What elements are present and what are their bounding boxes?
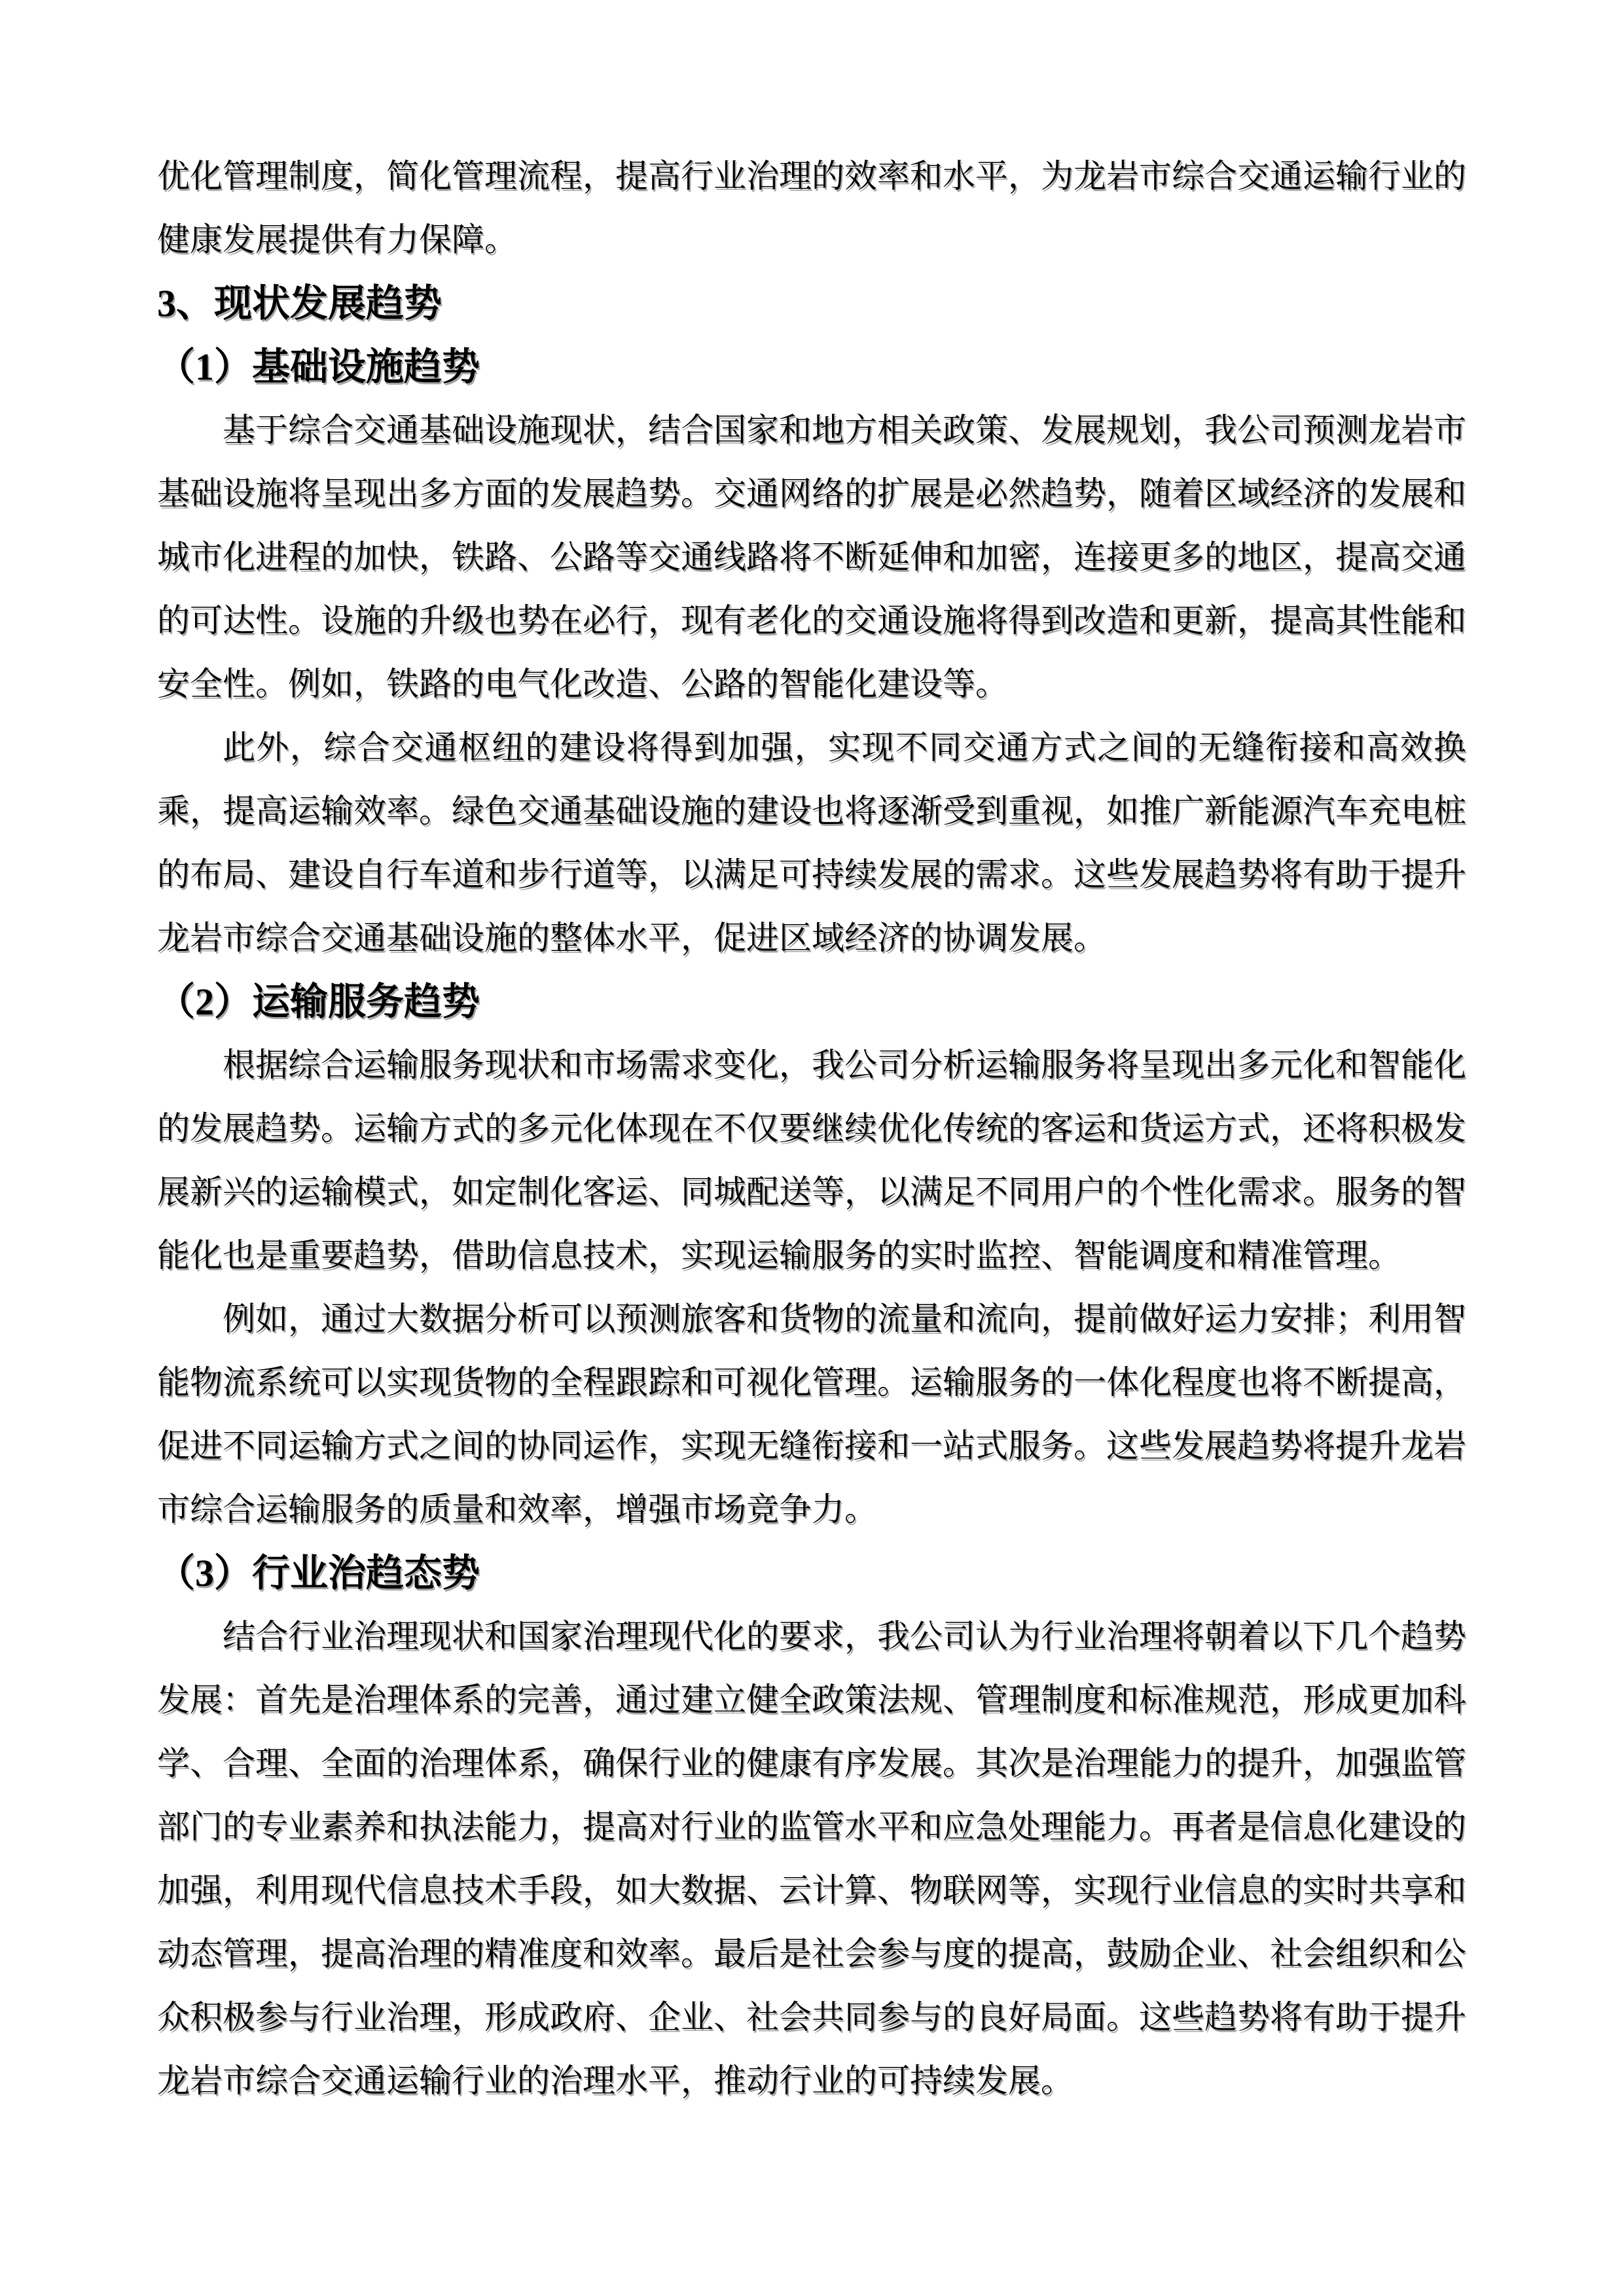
- paragraph: 优化管理制度，简化管理流程，提高行业治理的效率和水平，为龙岩市综合交通运输行业的…: [157, 145, 1466, 272]
- body-text-line: 龙岩市综合交通运输行业的治理水平，推动行业的可持续发展。: [157, 2049, 1466, 2113]
- body-text-line: 结合行业治理现状和国家治理现代化的要求，我公司认为行业治理将朝着以下几个趋势: [157, 1605, 1466, 1668]
- document-body: 优化管理制度，简化管理流程，提高行业治理的效率和水平，为龙岩市综合交通运输行业的…: [157, 145, 1466, 2113]
- body-text-line: 的可达性。设施的升级也势在必行，现有老化的交通设施将得到改造和更新，提高其性能和: [157, 589, 1466, 653]
- paragraph: 结合行业治理现状和国家治理现代化的要求，我公司认为行业治理将朝着以下几个趋势发展…: [157, 1605, 1466, 2113]
- body-text-line: 基础设施将呈现出多方面的发展趋势。交通网络的扩展是必然趋势，随着区域经济的发展和: [157, 462, 1466, 526]
- paragraph: 基于综合交通基础设施现状，结合国家和地方相关政策、发展规划，我公司预测龙岩市基础…: [157, 399, 1466, 716]
- document-page: 优化管理制度，简化管理流程，提高行业治理的效率和水平，为龙岩市综合交通运输行业的…: [0, 0, 1624, 2296]
- heading-text-line: 3、现状发展趋势: [157, 272, 1466, 335]
- body-text-line: 根据综合运输服务现状和市场需求变化，我公司分析运输服务将呈现出多元化和智能化: [157, 1033, 1466, 1097]
- body-text-line: 的发展趋势。运输方式的多元化体现在不仅要继续优化传统的客运和货运方式，还将积极发: [157, 1097, 1466, 1160]
- subheading: （3）行业治趋态势: [157, 1541, 1466, 1605]
- body-text-line: 能化也是重要趋势，借助信息技术，实现运输服务的实时监控、智能调度和精准管理。: [157, 1224, 1466, 1287]
- heading-text-line: （3）行业治趋态势: [157, 1541, 1466, 1605]
- paragraph: 例如，通过大数据分析可以预测旅客和货物的流量和流向，提前做好运力安排；利用智能物…: [157, 1287, 1466, 1541]
- body-text-line: 市综合运输服务的质量和效率，增强市场竞争力。: [157, 1478, 1466, 1541]
- body-text-line: 优化管理制度，简化管理流程，提高行业治理的效率和水平，为龙岩市综合交通运输行业的: [157, 145, 1466, 208]
- body-text-line: 安全性。例如，铁路的电气化改造、公路的智能化建设等。: [157, 653, 1466, 716]
- heading: 3、现状发展趋势: [157, 272, 1466, 335]
- paragraph: 根据综合运输服务现状和市场需求变化，我公司分析运输服务将呈现出多元化和智能化的发…: [157, 1033, 1466, 1287]
- body-text-line: 众积极参与行业治理，形成政府、企业、社会共同参与的良好局面。这些趋势将有助于提升: [157, 1986, 1466, 2049]
- body-text-line: 城市化进程的加快，铁路、公路等交通线路将不断延伸和加密，连接更多的地区，提高交通: [157, 526, 1466, 589]
- body-text-line: 加强，利用现代信息技术手段，如大数据、云计算、物联网等，实现行业信息的实时共享和: [157, 1859, 1466, 1922]
- body-text-line: 基于综合交通基础设施现状，结合国家和地方相关政策、发展规划，我公司预测龙岩市: [157, 399, 1466, 462]
- body-text-line: 学、合理、全面的治理体系，确保行业的健康有序发展。其次是治理能力的提升，加强监管: [157, 1732, 1466, 1795]
- body-text-line: 此外，综合交通枢纽的建设将得到加强，实现不同交通方式之间的无缝衔接和高效换: [157, 716, 1466, 780]
- body-text-line: 能物流系统可以实现货物的全程跟踪和可视化管理。运输服务的一体化程度也将不断提高，: [157, 1351, 1466, 1414]
- body-text-line: 龙岩市综合交通基础设施的整体水平，促进区域经济的协调发展。: [157, 906, 1466, 970]
- body-text-line: 例如，通过大数据分析可以预测旅客和货物的流量和流向，提前做好运力安排；利用智: [157, 1287, 1466, 1351]
- heading-text-line: （1）基础设施趋势: [157, 335, 1466, 399]
- subheading: （2）运输服务趋势: [157, 970, 1466, 1033]
- body-text-line: 促进不同运输方式之间的协同运作，实现无缝衔接和一站式服务。这些发展趋势将提升龙岩: [157, 1414, 1466, 1478]
- subheading: （1）基础设施趋势: [157, 335, 1466, 399]
- body-text-line: 乘，提高运输效率。绿色交通基础设施的建设也将逐渐受到重视，如推广新能源汽车充电桩: [157, 780, 1466, 843]
- body-text-line: 的布局、建设自行车道和步行道等，以满足可持续发展的需求。这些发展趋势将有助于提升: [157, 843, 1466, 906]
- body-text-line: 健康发展提供有力保障。: [157, 208, 1466, 272]
- body-text-line: 动态管理，提高治理的精准度和效率。最后是社会参与度的提高，鼓励企业、社会组织和公: [157, 1922, 1466, 1986]
- body-text-line: 部门的专业素养和执法能力，提高对行业的监管水平和应急处理能力。再者是信息化建设的: [157, 1795, 1466, 1859]
- paragraph: 此外，综合交通枢纽的建设将得到加强，实现不同交通方式之间的无缝衔接和高效换乘，提…: [157, 716, 1466, 970]
- body-text-line: 发展：首先是治理体系的完善，通过建立健全政策法规、管理制度和标准规范，形成更加科: [157, 1668, 1466, 1732]
- body-text-line: 展新兴的运输模式，如定制化客运、同城配送等，以满足不同用户的个性化需求。服务的智: [157, 1160, 1466, 1224]
- heading-text-line: （2）运输服务趋势: [157, 970, 1466, 1033]
